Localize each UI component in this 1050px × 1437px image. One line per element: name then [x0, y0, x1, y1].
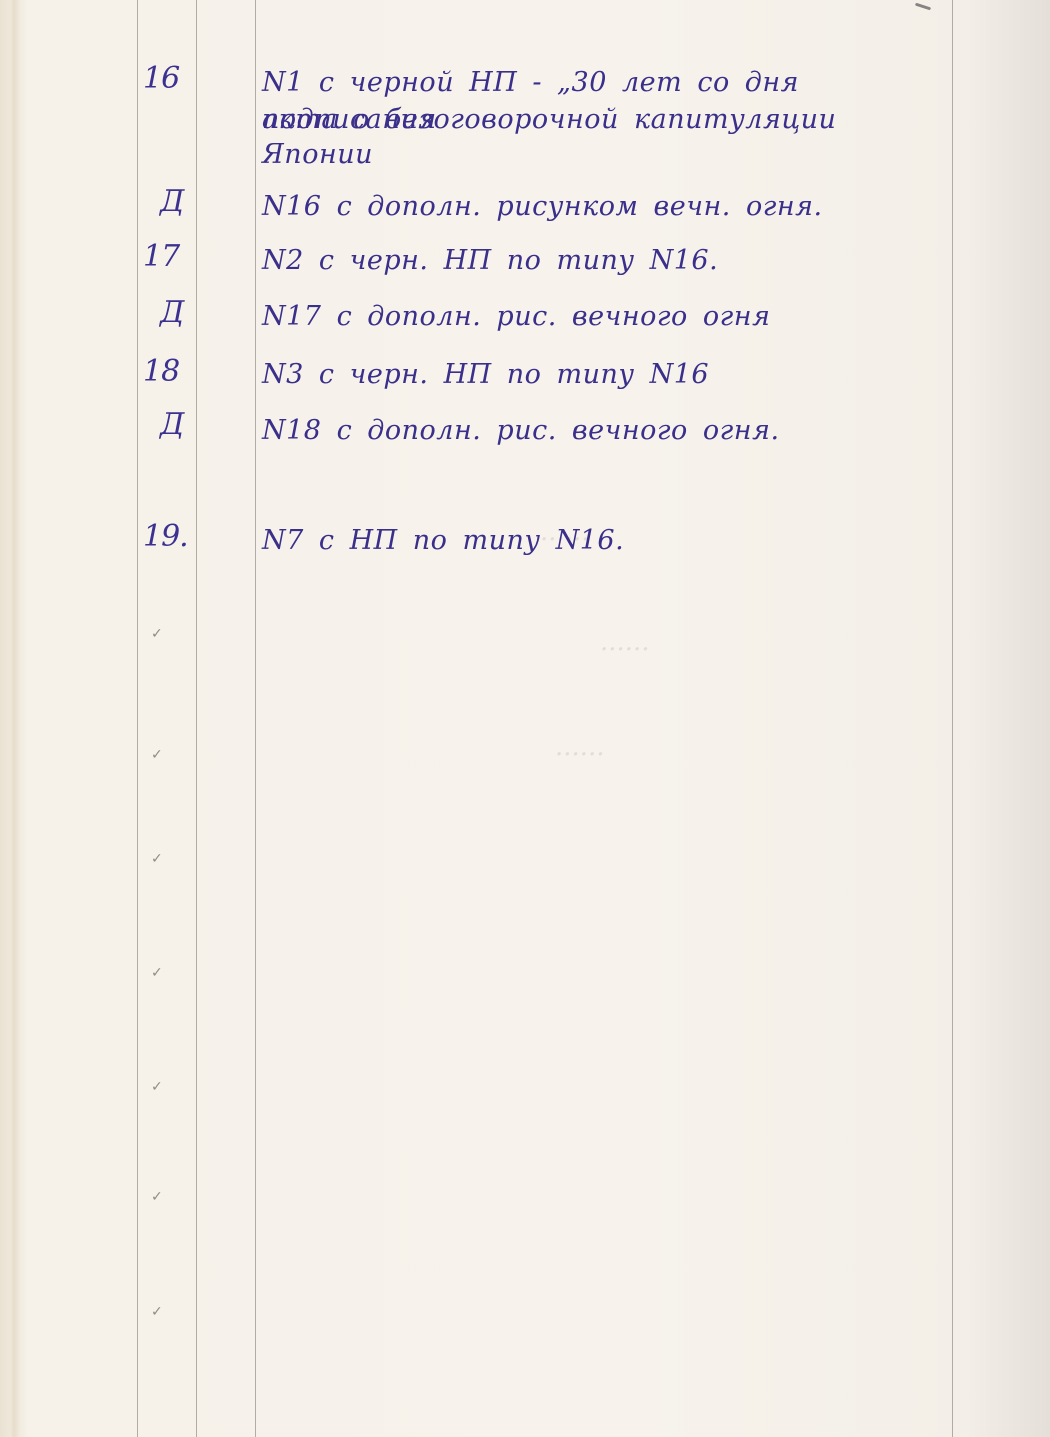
entry-text-line: N7 с НП по типу N16. — [262, 522, 952, 559]
entry-number: Д — [160, 296, 210, 330]
entry-text-line: N16 с дополн. рисунком вечн. огня. — [262, 188, 952, 225]
check-mark-icon: ✓ — [151, 1080, 165, 1094]
check-mark-icon: ✓ — [151, 1305, 165, 1319]
text-column-rule — [255, 0, 256, 1437]
entry-text-line: N3 с черн. НП по типу N16 — [262, 356, 952, 393]
entry-text-line: N17 с дополн. рис. вечного огня — [262, 298, 952, 335]
entry-number: 17 — [143, 240, 193, 274]
bleed-through-text: ······ — [555, 740, 605, 770]
stray-pen-mark — [915, 3, 931, 11]
entry-number: 18 — [143, 355, 193, 389]
entry-number: 19. — [143, 520, 193, 554]
entry-number: 16 — [143, 62, 193, 96]
entry-text-line: Японии — [262, 136, 952, 173]
entry-number: Д — [160, 408, 210, 442]
bleed-through-text: ······ — [600, 635, 650, 665]
check-mark-icon: ✓ — [151, 966, 165, 980]
ledger-page: ······ ······ ······ 16 N1 с черной НП -… — [0, 0, 1050, 1437]
margin-rule-right — [952, 0, 953, 1437]
entry-text-line: акта о безоговорочной капитуляции — [262, 101, 952, 138]
entry-text-line: N18 с дополн. рис. вечного огня. — [262, 412, 952, 449]
check-mark-icon: ✓ — [151, 852, 165, 866]
entry-text-line: N2 с черн. НП по типу N16. — [262, 242, 952, 279]
entry-number: Д — [160, 185, 210, 219]
check-mark-icon: ✓ — [151, 748, 165, 762]
check-mark-icon: ✓ — [151, 627, 165, 641]
margin-rule-left — [137, 0, 138, 1437]
check-mark-icon: ✓ — [151, 1190, 165, 1204]
